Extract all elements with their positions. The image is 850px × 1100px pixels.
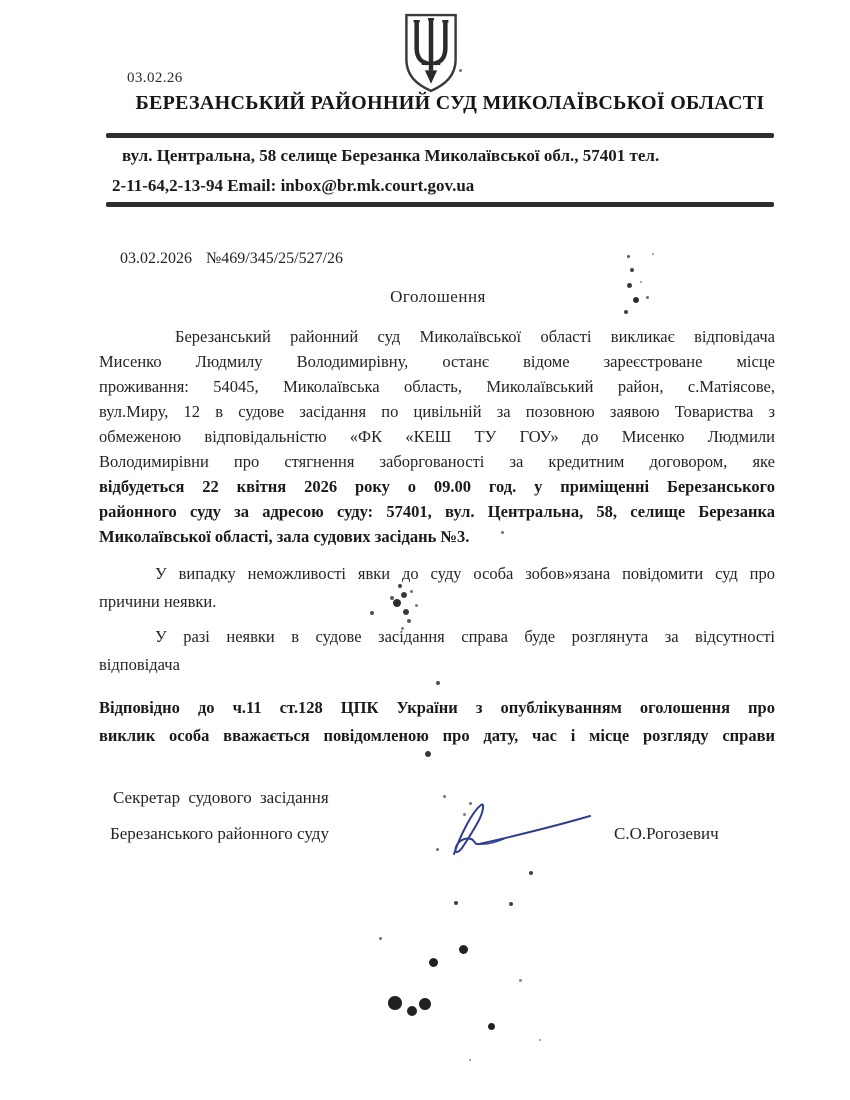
ink-speck [509,902,513,906]
text-line: вул.Миру, 12 в судове засідання по цивіл… [99,399,775,424]
ink-speck [627,255,630,258]
ink-speck [436,681,440,685]
ink-speck [624,310,628,314]
ink-speck [463,813,466,816]
ink-speck [469,1059,471,1061]
document-title: Оголошення [100,287,776,307]
court-address-line-1: вул. Центральна, 58 селище Березанка Мик… [122,146,659,166]
default-judgment-paragraph: У разі неявки в судове засідання справа … [99,623,775,679]
ink-speck [454,901,458,905]
scanned-court-document: 03.02.26 БЕРЕЗАНСЬКИЙ РАЙОННИЙ СУД МИКОЛ… [0,0,850,1100]
ink-speck [419,998,431,1010]
court-name-heading: БЕРЕЗАНСЬКИЙ РАЙОННИЙ СУД МИКОЛАЇВСЬКОЇ … [108,92,792,115]
text-line: Мисенко Людмилу Володимирівну, останє ві… [99,349,775,374]
ink-speck [379,937,382,940]
ink-speck [415,604,418,607]
ink-speck [646,296,649,299]
ink-speck [529,871,533,875]
ink-speck [459,945,468,954]
ink-speck [407,1006,417,1016]
text-line: Відповідно до ч.11 ст.128 ЦПК України з … [99,694,775,722]
ink-speck [425,751,431,757]
text-line: причини неявки. [99,588,775,616]
ink-speck [429,958,438,967]
handwritten-signature [430,788,610,876]
ink-speck [403,609,409,615]
ink-speck [436,848,439,851]
hearing-address-line: районного суду за адресою суду: 57401, в… [99,499,775,524]
ink-speck [443,795,446,798]
ink-speck [640,281,642,283]
reference-line: 03.02.2026 №469/345/25/527/26 [120,250,343,268]
ink-speck [390,596,394,600]
scan-date: 03.02.26 [127,70,183,87]
ink-speck [627,283,632,288]
ink-speck [629,99,632,102]
ink-speck [633,297,639,303]
ink-speck [398,584,402,588]
header-divider-top [106,133,774,138]
ink-speck [652,253,654,255]
ink-speck [401,592,407,598]
ink-speck [410,590,413,593]
ink-speck [370,611,374,615]
ink-speck [501,531,504,534]
absence-notice-paragraph: У випадку неможливості явки до суду особ… [99,560,775,616]
ink-speck [488,1023,495,1030]
header-divider-bottom [106,202,774,207]
signer-name: С.О.Рогозевич [614,824,719,844]
ink-speck [459,69,462,72]
text-line: У разі неявки в судове засідання справа … [99,623,775,651]
text-line: Березанський районний суд Миколаївської … [99,324,775,349]
hearing-room-line: Миколаївської області, зала судових засі… [99,524,775,549]
text-line: Володимирівни про стягнення заборгованос… [99,449,775,474]
announcement-paragraph: Березанський районний суд Миколаївської … [99,324,775,549]
ink-speck [469,802,472,805]
text-line: У випадку неможливості явки до суду особ… [99,560,775,588]
ink-speck [401,627,404,630]
text-line: проживання: 54045, Миколаївська область,… [99,374,775,399]
secretary-role-line-1: Секретар судового засідання [113,788,329,808]
ink-speck [388,996,402,1010]
ukraine-trident-emblem-icon [402,12,460,94]
case-number: №469/345/25/527/26 [206,250,343,268]
text-line: обмеженою відповідальністю «ФК «КЕШ ТУ Г… [99,424,775,449]
ink-speck [407,619,411,623]
ink-speck [393,599,401,607]
ink-speck [630,268,634,272]
secretary-role-line-2: Березанського районного суду [110,824,329,844]
hearing-datetime-line: відбудеться 22 квітня 2026 року о 09.00 … [99,474,775,499]
legal-basis-paragraph: Відповідно до ч.11 ст.128 ЦПК України з … [99,694,775,750]
ink-speck [539,1039,541,1041]
text-line: відповідача [99,651,775,679]
document-date: 03.02.2026 [120,250,192,268]
ink-speck [519,979,522,982]
text-line: виклик особа вважається повідомленою про… [99,722,775,750]
court-address-line-2: 2-11-64,2-13-94 Email: inbox@br.mk.court… [112,176,474,196]
